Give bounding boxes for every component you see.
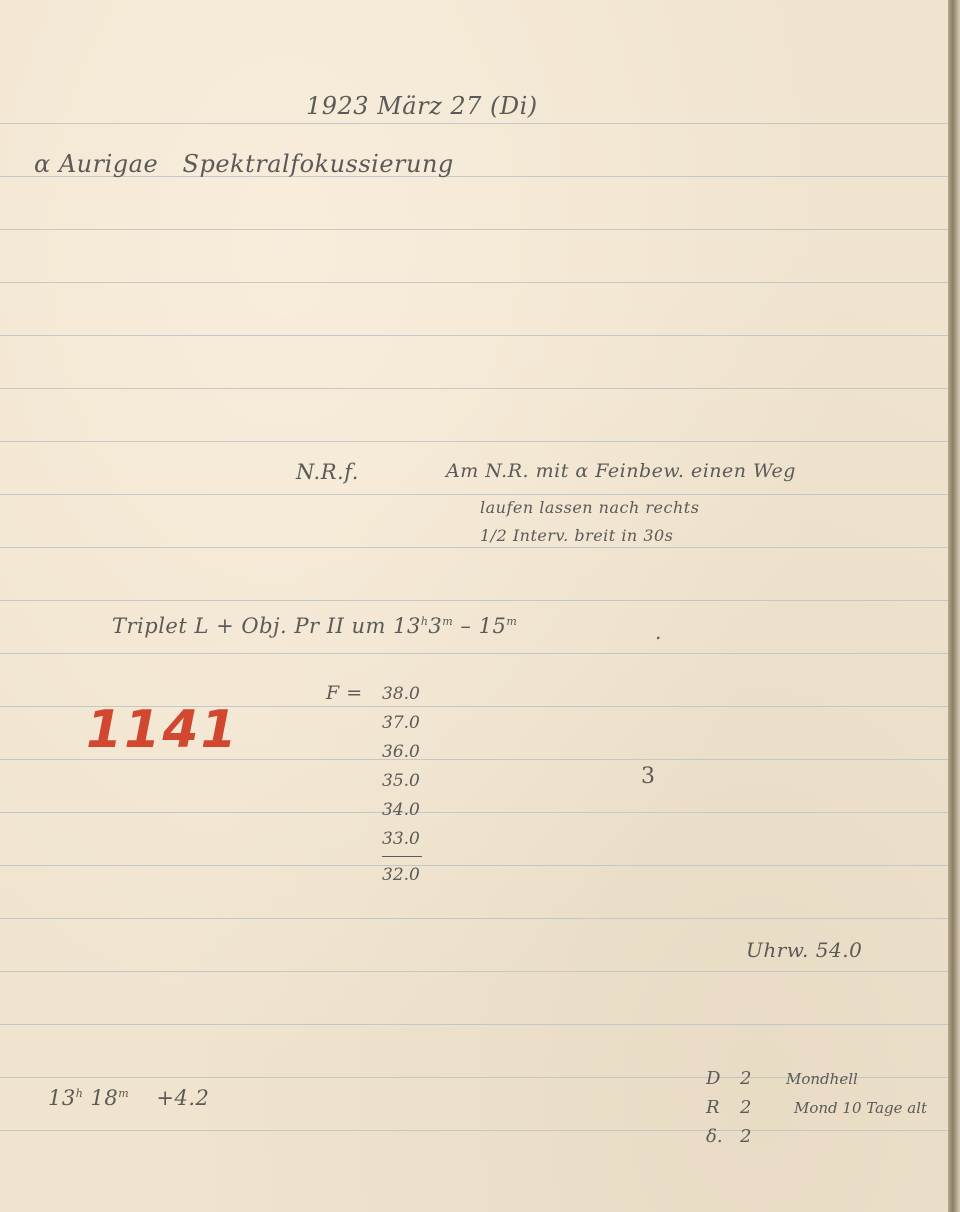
triplet-setup: Triplet L + Obj. Pr II um 13h3m – 15m [112, 614, 517, 638]
bottom-time: 13h 18m +4.2 [48, 1086, 209, 1110]
entry-date: 1923 März 27 (Di) [306, 92, 538, 120]
ruled-line [0, 335, 948, 336]
focus-value: 32.0 [382, 861, 422, 890]
focus-value: 37.0 [382, 709, 422, 738]
ruled-line [0, 547, 948, 548]
ruled-line [0, 441, 948, 442]
ruled-line [0, 229, 948, 230]
conditions-list: D2Mondhell R2Mond 10 Tage alt δ.2 [706, 1064, 927, 1151]
condition-note: Mond 10 Tage alt [794, 1099, 927, 1117]
focus-label: F = [326, 682, 363, 704]
notebook-page: 1923 März 27 (Di) α Aurigae Spektralfoku… [0, 0, 948, 1212]
nrf-label: N.R.f. [296, 460, 359, 484]
ruled-line [0, 865, 948, 866]
focus-value: 38.0 [382, 680, 422, 709]
focus-values-column: 38.0 37.0 36.0 35.0 34.0 33.0 32.0 [382, 680, 422, 890]
condition-value: 2 [740, 1093, 786, 1122]
triplet-dash: – 15 [453, 614, 506, 638]
ruled-line [0, 1024, 948, 1025]
minutes-mark: m [442, 615, 453, 628]
focus-value: 36.0 [382, 738, 422, 767]
ruled-line [0, 123, 948, 124]
ruled-line [0, 494, 948, 495]
ruled-line [0, 282, 948, 283]
entry-heading: α Aurigae Spektralfokussierung [34, 150, 454, 178]
underline-divider [382, 856, 422, 857]
triplet-mid: 3 [428, 614, 442, 638]
plate-number: 1141 [86, 700, 239, 760]
nrf-note-line-3: 1/2 Interv. breit in 30s [480, 526, 673, 545]
focus-value: 34.0 [382, 796, 422, 825]
focus-value: 33.0 [382, 825, 422, 854]
dot-mark: . [655, 620, 662, 644]
time-hours: 13 [48, 1086, 76, 1110]
nrf-note-line-2: laufen lassen nach rechts [480, 498, 699, 517]
ruled-line [0, 388, 948, 389]
triplet-prefix: Triplet L + Obj. Pr II um 13 [112, 614, 421, 638]
time-minutes: 18 [91, 1086, 119, 1110]
condition-value: 2 [740, 1064, 786, 1093]
condition-symbol: δ. [706, 1122, 740, 1151]
condition-value: 2 [740, 1122, 786, 1151]
condition-row: δ.2 [706, 1122, 927, 1151]
clock-reading: Uhrw. 54.0 [746, 938, 862, 962]
ruled-line [0, 918, 948, 919]
condition-note: Mondhell [786, 1070, 858, 1088]
condition-row: D2Mondhell [706, 1064, 927, 1093]
condition-row: R2Mond 10 Tage alt [706, 1093, 927, 1122]
condition-symbol: R [706, 1093, 740, 1122]
time-correction: +4.2 [156, 1086, 209, 1110]
condition-symbol: D [706, 1064, 740, 1093]
hours-mark: h [76, 1087, 84, 1100]
side-number: 3 [641, 764, 656, 789]
minutes-mark: m [118, 1087, 129, 1100]
focus-value: 35.0 [382, 767, 422, 796]
ruled-line [0, 653, 948, 654]
minutes-mark: m [506, 615, 517, 628]
nrf-note-line-1: Am N.R. mit α Feinbew. einen Weg [446, 460, 796, 482]
ruled-line [0, 812, 948, 813]
page-binding-edge [948, 0, 960, 1212]
ruled-line [0, 600, 948, 601]
ruled-line [0, 971, 948, 972]
